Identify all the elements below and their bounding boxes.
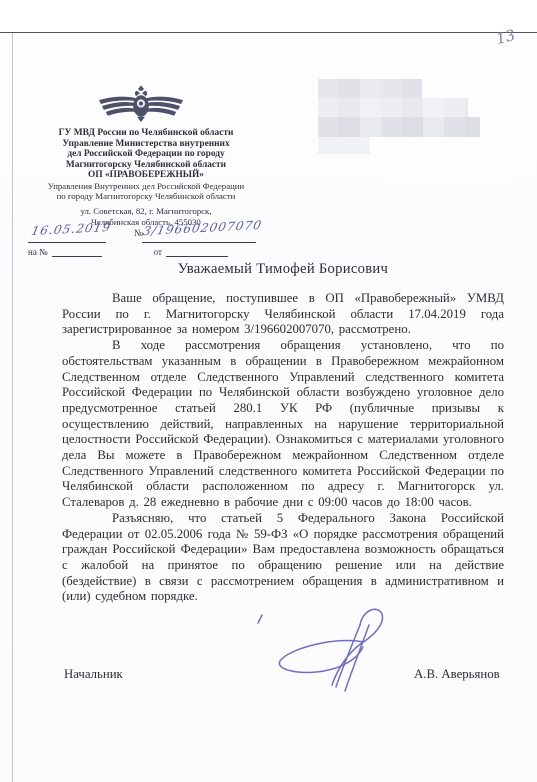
redacted-recipient-block bbox=[318, 98, 468, 117]
letterhead: ГУ МВД России по Челябинской области Упр… bbox=[26, 128, 266, 227]
date-underline bbox=[28, 242, 106, 243]
number-underline bbox=[142, 242, 256, 243]
letterhead-unit-name: ОП «ПРАВОБЕРЕЖНЫЙ» bbox=[26, 170, 266, 181]
reply-to-label: на № bbox=[28, 247, 48, 257]
letterhead-address-line: ул. Советская, 82, г. Магнитогорск, bbox=[26, 206, 266, 216]
body-paragraph: Разъясняю, что статьей 5 Федерального За… bbox=[62, 511, 504, 605]
mvd-eagle-emblem-icon bbox=[97, 84, 185, 129]
letterhead-parent-org-line: Управления Внутренних дел Российской Фед… bbox=[26, 181, 266, 191]
letterhead-line: дел Российской Федерации по городу bbox=[26, 149, 266, 160]
reply-from-label: от bbox=[154, 247, 162, 257]
scan-top-edge bbox=[0, 32, 537, 33]
letter-body: Уважаемый Тимофей Борисович Ваше обращен… bbox=[62, 261, 504, 605]
handwritten-date-text: 16.05.2019 bbox=[30, 220, 112, 238]
scanned-letter: 13 ГУ МВД России по Челябинской области … bbox=[0, 0, 537, 782]
greeting: Уважаемый Тимофей Борисович bbox=[62, 261, 504, 278]
handwritten-registration-number: 3/196602007070 bbox=[144, 221, 261, 236]
redacted-recipient-block bbox=[318, 79, 422, 98]
reply-to-blank bbox=[52, 247, 102, 257]
scan-left-edge bbox=[12, 33, 13, 782]
reply-reference-row: на №от bbox=[28, 247, 228, 257]
signer-position-title: Начальник bbox=[64, 667, 123, 682]
reply-from-blank bbox=[166, 247, 228, 257]
handwritten-number-text: 3/196602007070 bbox=[142, 218, 263, 238]
handwritten-date: 16.05.2019 bbox=[32, 222, 111, 237]
signer-name: А.В. Аверьянов bbox=[414, 667, 500, 682]
letterhead-line: Магнитогорску Челябинской области bbox=[26, 160, 266, 171]
handwritten-signature bbox=[250, 597, 420, 704]
letterhead-line: ГУ МВД России по Челябинской области bbox=[26, 128, 266, 139]
letterhead-parent-org-line: по городу Магнитогорску Челябинской обла… bbox=[26, 191, 266, 201]
letterhead-line: Управление Министерства внутренних bbox=[26, 139, 266, 150]
redacted-recipient-block bbox=[318, 137, 370, 154]
body-paragraph: Ваше обращение, поступившее в ОП «Правоб… bbox=[62, 291, 504, 338]
redacted-recipient-block bbox=[318, 117, 480, 137]
body-paragraph: В ходе рассмотрения обращения установлен… bbox=[62, 338, 504, 511]
